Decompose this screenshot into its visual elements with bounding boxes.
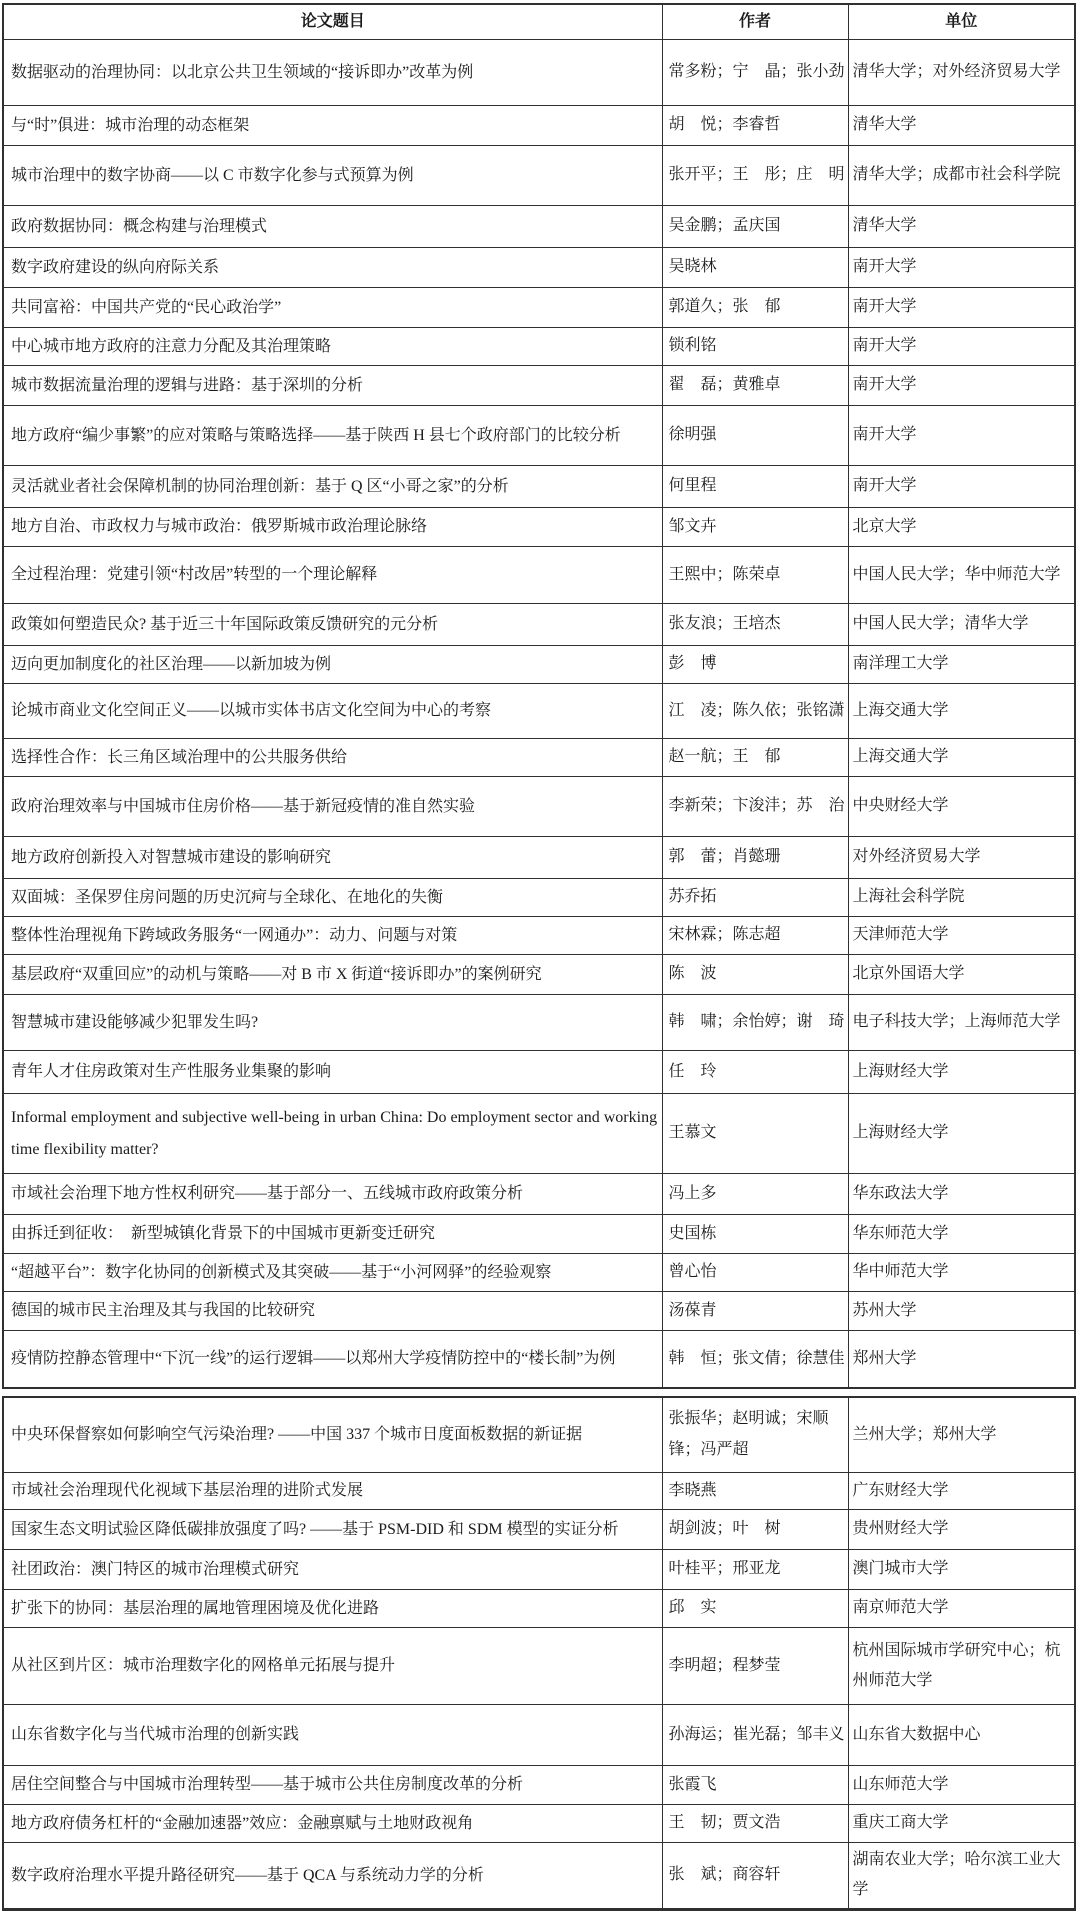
authors-cell: 常多粉；宁 晶；张小劲: [662, 40, 848, 106]
affiliation-cell: 郑州大学: [848, 1331, 1075, 1388]
affiliation-cell: 南开大学: [848, 466, 1075, 508]
affiliation-cell: 华中师范大学: [848, 1254, 1075, 1292]
table-row: 中央环保督察如何影响空气污染治理? ——中国 337 个城市日度面板数据的新证据…: [3, 1397, 1075, 1473]
authors-cell: 赵一航；王 郁: [662, 739, 848, 777]
authors-cell: 徐明强: [662, 406, 848, 466]
table-row: 数字政府建设的纵向府际关系 吴晓林 南开大学: [3, 248, 1075, 288]
table-row: 城市治理中的数字协商——以 C 市数字化参与式预算为例 张开平；王 彤；庄 明 …: [3, 146, 1075, 206]
authors-cell: 史国栋: [662, 1215, 848, 1254]
table-row: 全过程治理：党建引领“村改居”转型的一个理论解释 王熙中；陈荣卓 中国人民大学；…: [3, 547, 1075, 604]
authors-cell: 郭 蕾；肖懿珊: [662, 837, 848, 879]
paper-title-cell: 基层政府“双重回应”的动机与策略——对 B 市 X 街道“接诉即办”的案例研究: [3, 955, 662, 995]
affiliation-cell: 华东政法大学: [848, 1174, 1075, 1215]
table-body-section-1: 数据驱动的治理协同：以北京公共卫生领域的“接诉即办”改革为例 常多粉；宁 晶；张…: [3, 40, 1075, 1388]
affiliation-cell: 南开大学: [848, 406, 1075, 466]
authors-cell: 彭 博: [662, 646, 848, 684]
paper-title-cell: 地方政府债务杠杆的“金融加速器”效应：金融禀赋与土地财政视角: [3, 1805, 662, 1843]
affiliation-cell: 上海交通大学: [848, 684, 1075, 739]
affiliation-cell: 南洋理工大学: [848, 646, 1075, 684]
authors-cell: 韩 恒；张文倩；徐慧佳: [662, 1331, 848, 1388]
paper-title-cell: 整体性治理视角下跨域政务服务“一网通办”：动力、问题与对策: [3, 917, 662, 955]
table-row: Informal employment and subjective well-…: [3, 1094, 1075, 1174]
affiliation-cell: 南开大学: [848, 288, 1075, 328]
paper-title-cell: 市域社会治理下地方性权利研究——基于部分一、五线城市政府政策分析: [3, 1174, 662, 1215]
affiliation-cell: 北京外国语大学: [848, 955, 1075, 995]
table-row: 国家生态文明试验区降低碳排放强度了吗? ——基于 PSM-DID 和 SDM 模…: [3, 1510, 1075, 1550]
paper-title-cell: 地方自治、市政权力与城市政治：俄罗斯城市政治理论脉络: [3, 508, 662, 547]
affiliation-cell: 中国人民大学；清华大学: [848, 604, 1075, 646]
affiliation-cell: 清华大学；成都市社会科学院: [848, 146, 1075, 206]
affiliation-cell: 山东师范大学: [848, 1766, 1075, 1805]
affiliation-cell: 山东省大数据中心: [848, 1705, 1075, 1766]
authors-cell: 邱 实: [662, 1590, 848, 1628]
column-header-affiliation: 单位: [848, 4, 1075, 40]
authors-cell: 张 斌；商容轩: [662, 1843, 848, 1910]
authors-cell: 曾心怡: [662, 1254, 848, 1292]
paper-title-cell: 双面城：圣保罗住房问题的历史沉疴与全球化、在地化的失衡: [3, 879, 662, 917]
table-row: 共同富裕：中国共产党的“民心政治学” 郭道久；张 郁 南开大学: [3, 288, 1075, 328]
affiliation-cell: 中央财经大学: [848, 777, 1075, 837]
authors-cell: 韩 啸；余怡婷；谢 琦: [662, 995, 848, 1051]
paper-title-cell: 数字政府治理水平提升路径研究——基于 QCA 与系统动力学的分析: [3, 1843, 662, 1910]
paper-title-cell: 德国的城市民主治理及其与我国的比较研究: [3, 1292, 662, 1331]
authors-cell: 王 韧；贾文浩: [662, 1805, 848, 1843]
table-row: 地方政府债务杠杆的“金融加速器”效应：金融禀赋与土地财政视角 王 韧；贾文浩 重…: [3, 1805, 1075, 1843]
paper-title-cell: 论城市商业文化空间正义——以城市实体书店文化空间为中心的考察: [3, 684, 662, 739]
affiliation-cell: 对外经济贸易大学: [848, 837, 1075, 879]
affiliation-cell: 清华大学: [848, 206, 1075, 248]
document-page: { "colors": { "background": "#ffffff", "…: [0, 0, 1076, 1915]
table-header: 论文题目 作者 单位: [3, 4, 1075, 40]
paper-title-cell: 城市数据流量治理的逻辑与进路：基于深圳的分析: [3, 366, 662, 406]
table-row: “超越平台”：数字化协同的创新模式及其突破——基于“小河网驿”的经验观察 曾心怡…: [3, 1254, 1075, 1292]
affiliation-cell: 中国人民大学；华中师范大学: [848, 547, 1075, 604]
table-row: 中心城市地方政府的注意力分配及其治理策略 锁利铭 南开大学: [3, 328, 1075, 366]
paper-title-cell: 数据驱动的治理协同：以北京公共卫生领域的“接诉即办”改革为例: [3, 40, 662, 106]
affiliation-cell: 上海交通大学: [848, 739, 1075, 777]
affiliation-cell: 杭州国际城市学研究中心；杭州师范大学: [848, 1628, 1075, 1705]
paper-title-cell: 政策如何塑造民众? 基于近三十年国际政策反馈研究的元分析: [3, 604, 662, 646]
paper-title-cell: 青年人才住房政策对生产性服务业集聚的影响: [3, 1051, 662, 1094]
affiliation-cell: 南京师范大学: [848, 1590, 1075, 1628]
paper-title-cell: 社团政治：澳门特区的城市治理模式研究: [3, 1550, 662, 1590]
table-row: 城市数据流量治理的逻辑与进路：基于深圳的分析 翟 磊；黄雅卓 南开大学: [3, 366, 1075, 406]
paper-title-cell: 由拆迁到征收： 新型城镇化背景下的中国城市更新变迁研究: [3, 1215, 662, 1254]
paper-title-cell: 中心城市地方政府的注意力分配及其治理策略: [3, 328, 662, 366]
table-body-section-2: 中央环保督察如何影响空气污染治理? ——中国 337 个城市日度面板数据的新证据…: [3, 1397, 1075, 1910]
paper-title-cell: 选择性合作：长三角区域治理中的公共服务供给: [3, 739, 662, 777]
table-row: 整体性治理视角下跨域政务服务“一网通办”：动力、问题与对策 宋林霖；陈志超 天津…: [3, 917, 1075, 955]
paper-title-cell: 地方政府创新投入对智慧城市建设的影响研究: [3, 837, 662, 879]
paper-title-cell: 山东省数字化与当代城市治理的创新实践: [3, 1705, 662, 1766]
authors-cell: 何里程: [662, 466, 848, 508]
affiliation-cell: 澳门城市大学: [848, 1550, 1075, 1590]
authors-cell: 王慕文: [662, 1094, 848, 1174]
page-break-gap: [2, 1389, 1074, 1396]
affiliation-cell: 贵州财经大学: [848, 1510, 1075, 1550]
paper-title-cell: 从社区到片区：城市治理数字化的网格单元拓展与提升: [3, 1628, 662, 1705]
authors-cell: 邹文卉: [662, 508, 848, 547]
table-row: 扩张下的协同：基层治理的属地管理困境及优化进路 邱 实 南京师范大学: [3, 1590, 1075, 1628]
table-row: 政府治理效率与中国城市住房价格——基于新冠疫情的准自然实验 李新荣；卞浚沣；苏 …: [3, 777, 1075, 837]
affiliation-cell: 清华大学；对外经济贸易大学: [848, 40, 1075, 106]
paper-title-cell: 扩张下的协同：基层治理的属地管理困境及优化进路: [3, 1590, 662, 1628]
authors-cell: 胡剑波；叶 树: [662, 1510, 848, 1550]
paper-title-cell: 疫情防控静态管理中“下沉一线”的运行逻辑——以郑州大学疫情防控中的“楼长制”为例: [3, 1331, 662, 1388]
table-row: 地方自治、市政权力与城市政治：俄罗斯城市政治理论脉络 邹文卉 北京大学: [3, 508, 1075, 547]
authors-cell: 宋林霖；陈志超: [662, 917, 848, 955]
table-row: 论城市商业文化空间正义——以城市实体书店文化空间为中心的考察 江 凌；陈久依；张…: [3, 684, 1075, 739]
authors-cell: 李明超；程梦莹: [662, 1628, 848, 1705]
authors-cell: 江 凌；陈久依；张铭潇: [662, 684, 848, 739]
table-row: 从社区到片区：城市治理数字化的网格单元拓展与提升 李明超；程梦莹 杭州国际城市学…: [3, 1628, 1075, 1705]
table-row: 社团政治：澳门特区的城市治理模式研究 叶桂平；邢亚龙 澳门城市大学: [3, 1550, 1075, 1590]
authors-cell: 苏乔拓: [662, 879, 848, 917]
affiliation-cell: 苏州大学: [848, 1292, 1075, 1331]
paper-title-cell: 政府治理效率与中国城市住房价格——基于新冠疫情的准自然实验: [3, 777, 662, 837]
affiliation-cell: 清华大学: [848, 106, 1075, 146]
authors-cell: 张振华；赵明诚；宋顺锋；冯严超: [662, 1397, 848, 1473]
paper-title-cell: 灵活就业者社会保障机制的协同治理创新：基于 Q 区“小哥之家”的分析: [3, 466, 662, 508]
table-row: 疫情防控静态管理中“下沉一线”的运行逻辑——以郑州大学疫情防控中的“楼长制”为例…: [3, 1331, 1075, 1388]
affiliation-cell: 天津师范大学: [848, 917, 1075, 955]
paper-title-cell: 全过程治理：党建引领“村改居”转型的一个理论解释: [3, 547, 662, 604]
table-row: 政策如何塑造民众? 基于近三十年国际政策反馈研究的元分析 张友浪；王培杰 中国人…: [3, 604, 1075, 646]
paper-title-cell: 城市治理中的数字协商——以 C 市数字化参与式预算为例: [3, 146, 662, 206]
paper-title-cell: 国家生态文明试验区降低碳排放强度了吗? ——基于 PSM-DID 和 SDM 模…: [3, 1510, 662, 1550]
affiliation-cell: 南开大学: [848, 248, 1075, 288]
table-row: 地方政府创新投入对智慧城市建设的影响研究 郭 蕾；肖懿珊 对外经济贸易大学: [3, 837, 1075, 879]
table-row: 政府数据协同：概念构建与治理模式 吴金鹏；孟庆国 清华大学: [3, 206, 1075, 248]
authors-cell: 冯上多: [662, 1174, 848, 1215]
table-row: 选择性合作：长三角区域治理中的公共服务供给 赵一航；王 郁 上海交通大学: [3, 739, 1075, 777]
authors-cell: 陈 波: [662, 955, 848, 995]
affiliation-cell: 南开大学: [848, 328, 1075, 366]
affiliation-cell: 兰州大学；郑州大学: [848, 1397, 1075, 1473]
table-row: 德国的城市民主治理及其与我国的比较研究 汤葆青 苏州大学: [3, 1292, 1075, 1331]
authors-cell: 张开平；王 彤；庄 明: [662, 146, 848, 206]
affiliation-cell: 上海社会科学院: [848, 879, 1075, 917]
paper-title-cell: 政府数据协同：概念构建与治理模式: [3, 206, 662, 248]
paper-title-cell: 市域社会治理现代化视域下基层治理的进阶式发展: [3, 1473, 662, 1510]
table-row: 数据驱动的治理协同：以北京公共卫生领域的“接诉即办”改革为例 常多粉；宁 晶；张…: [3, 40, 1075, 106]
column-header-paper-title: 论文题目: [3, 4, 662, 40]
authors-cell: 王熙中；陈荣卓: [662, 547, 848, 604]
table-row: 市域社会治理下地方性权利研究——基于部分一、五线城市政府政策分析 冯上多 华东政…: [3, 1174, 1075, 1215]
paper-title-cell: 迈向更加制度化的社区治理——以新加坡为例: [3, 646, 662, 684]
table-row: 青年人才住房政策对生产性服务业集聚的影响 任 玲 上海财经大学: [3, 1051, 1075, 1094]
affiliation-cell: 重庆工商大学: [848, 1805, 1075, 1843]
table-row: 由拆迁到征收： 新型城镇化背景下的中国城市更新变迁研究 史国栋 华东师范大学: [3, 1215, 1075, 1254]
authors-cell: 翟 磊；黄雅卓: [662, 366, 848, 406]
papers-table-section-1: 论文题目 作者 单位 数据驱动的治理协同：以北京公共卫生领域的“接诉即办”改革为…: [2, 3, 1076, 1389]
paper-title-cell: Informal employment and subjective well-…: [3, 1094, 662, 1174]
authors-cell: 张霞飞: [662, 1766, 848, 1805]
paper-title-cell: 地方政府“编少事繁”的应对策略与策略选择——基于陕西 H 县七个政府部门的比较分…: [3, 406, 662, 466]
paper-title-cell: 数字政府建设的纵向府际关系: [3, 248, 662, 288]
table-row: 基层政府“双重回应”的动机与策略——对 B 市 X 街道“接诉即办”的案例研究 …: [3, 955, 1075, 995]
authors-cell: 汤葆青: [662, 1292, 848, 1331]
authors-cell: 张友浪；王培杰: [662, 604, 848, 646]
affiliation-cell: 广东财经大学: [848, 1473, 1075, 1510]
header-row: 论文题目 作者 单位: [3, 4, 1075, 40]
paper-title-cell: 共同富裕：中国共产党的“民心政治学”: [3, 288, 662, 328]
affiliation-cell: 电子科技大学；上海师范大学: [848, 995, 1075, 1051]
papers-table-section-2: 中央环保督察如何影响空气污染治理? ——中国 337 个城市日度面板数据的新证据…: [2, 1396, 1076, 1911]
paper-title-cell: “超越平台”：数字化协同的创新模式及其突破——基于“小河网驿”的经验观察: [3, 1254, 662, 1292]
paper-title-cell: 与“时”俱进：城市治理的动态框架: [3, 106, 662, 146]
table-row: 双面城：圣保罗住房问题的历史沉疴与全球化、在地化的失衡 苏乔拓 上海社会科学院: [3, 879, 1075, 917]
paper-title-cell: 居住空间整合与中国城市治理转型——基于城市公共住房制度改革的分析: [3, 1766, 662, 1805]
affiliation-cell: 上海财经大学: [848, 1051, 1075, 1094]
affiliation-cell: 华东师范大学: [848, 1215, 1075, 1254]
table-row: 与“时”俱进：城市治理的动态框架 胡 悦；李睿哲 清华大学: [3, 106, 1075, 146]
authors-cell: 任 玲: [662, 1051, 848, 1094]
table-row: 迈向更加制度化的社区治理——以新加坡为例 彭 博 南洋理工大学: [3, 646, 1075, 684]
authors-cell: 胡 悦；李睿哲: [662, 106, 848, 146]
table-row: 智慧城市建设能够减少犯罪发生吗? 韩 啸；余怡婷；谢 琦 电子科技大学；上海师范…: [3, 995, 1075, 1051]
table-row: 地方政府“编少事繁”的应对策略与策略选择——基于陕西 H 县七个政府部门的比较分…: [3, 406, 1075, 466]
affiliation-cell: 南开大学: [848, 366, 1075, 406]
authors-cell: 吴晓林: [662, 248, 848, 288]
table-row: 数字政府治理水平提升路径研究——基于 QCA 与系统动力学的分析 张 斌；商容轩…: [3, 1843, 1075, 1910]
authors-cell: 李晓燕: [662, 1473, 848, 1510]
table-row: 居住空间整合与中国城市治理转型——基于城市公共住房制度改革的分析 张霞飞 山东师…: [3, 1766, 1075, 1805]
authors-cell: 锁利铭: [662, 328, 848, 366]
table-row: 市域社会治理现代化视域下基层治理的进阶式发展 李晓燕 广东财经大学: [3, 1473, 1075, 1510]
table-row: 灵活就业者社会保障机制的协同治理创新：基于 Q 区“小哥之家”的分析 何里程 南…: [3, 466, 1075, 508]
paper-title-cell: 智慧城市建设能够减少犯罪发生吗?: [3, 995, 662, 1051]
paper-title-cell: 中央环保督察如何影响空气污染治理? ——中国 337 个城市日度面板数据的新证据: [3, 1397, 662, 1473]
paper-list-page: 论文题目 作者 单位 数据驱动的治理协同：以北京公共卫生领域的“接诉即办”改革为…: [0, 0, 1076, 1915]
affiliation-cell: 湖南农业大学；哈尔滨工业大学: [848, 1843, 1075, 1910]
authors-cell: 郭道久；张 郁: [662, 288, 848, 328]
column-header-authors: 作者: [662, 4, 848, 40]
affiliation-cell: 上海财经大学: [848, 1094, 1075, 1174]
authors-cell: 吴金鹏；孟庆国: [662, 206, 848, 248]
affiliation-cell: 北京大学: [848, 508, 1075, 547]
authors-cell: 孙海运；崔光磊；邹丰义: [662, 1705, 848, 1766]
authors-cell: 李新荣；卞浚沣；苏 治: [662, 777, 848, 837]
authors-cell: 叶桂平；邢亚龙: [662, 1550, 848, 1590]
table-row: 山东省数字化与当代城市治理的创新实践 孙海运；崔光磊；邹丰义 山东省大数据中心: [3, 1705, 1075, 1766]
